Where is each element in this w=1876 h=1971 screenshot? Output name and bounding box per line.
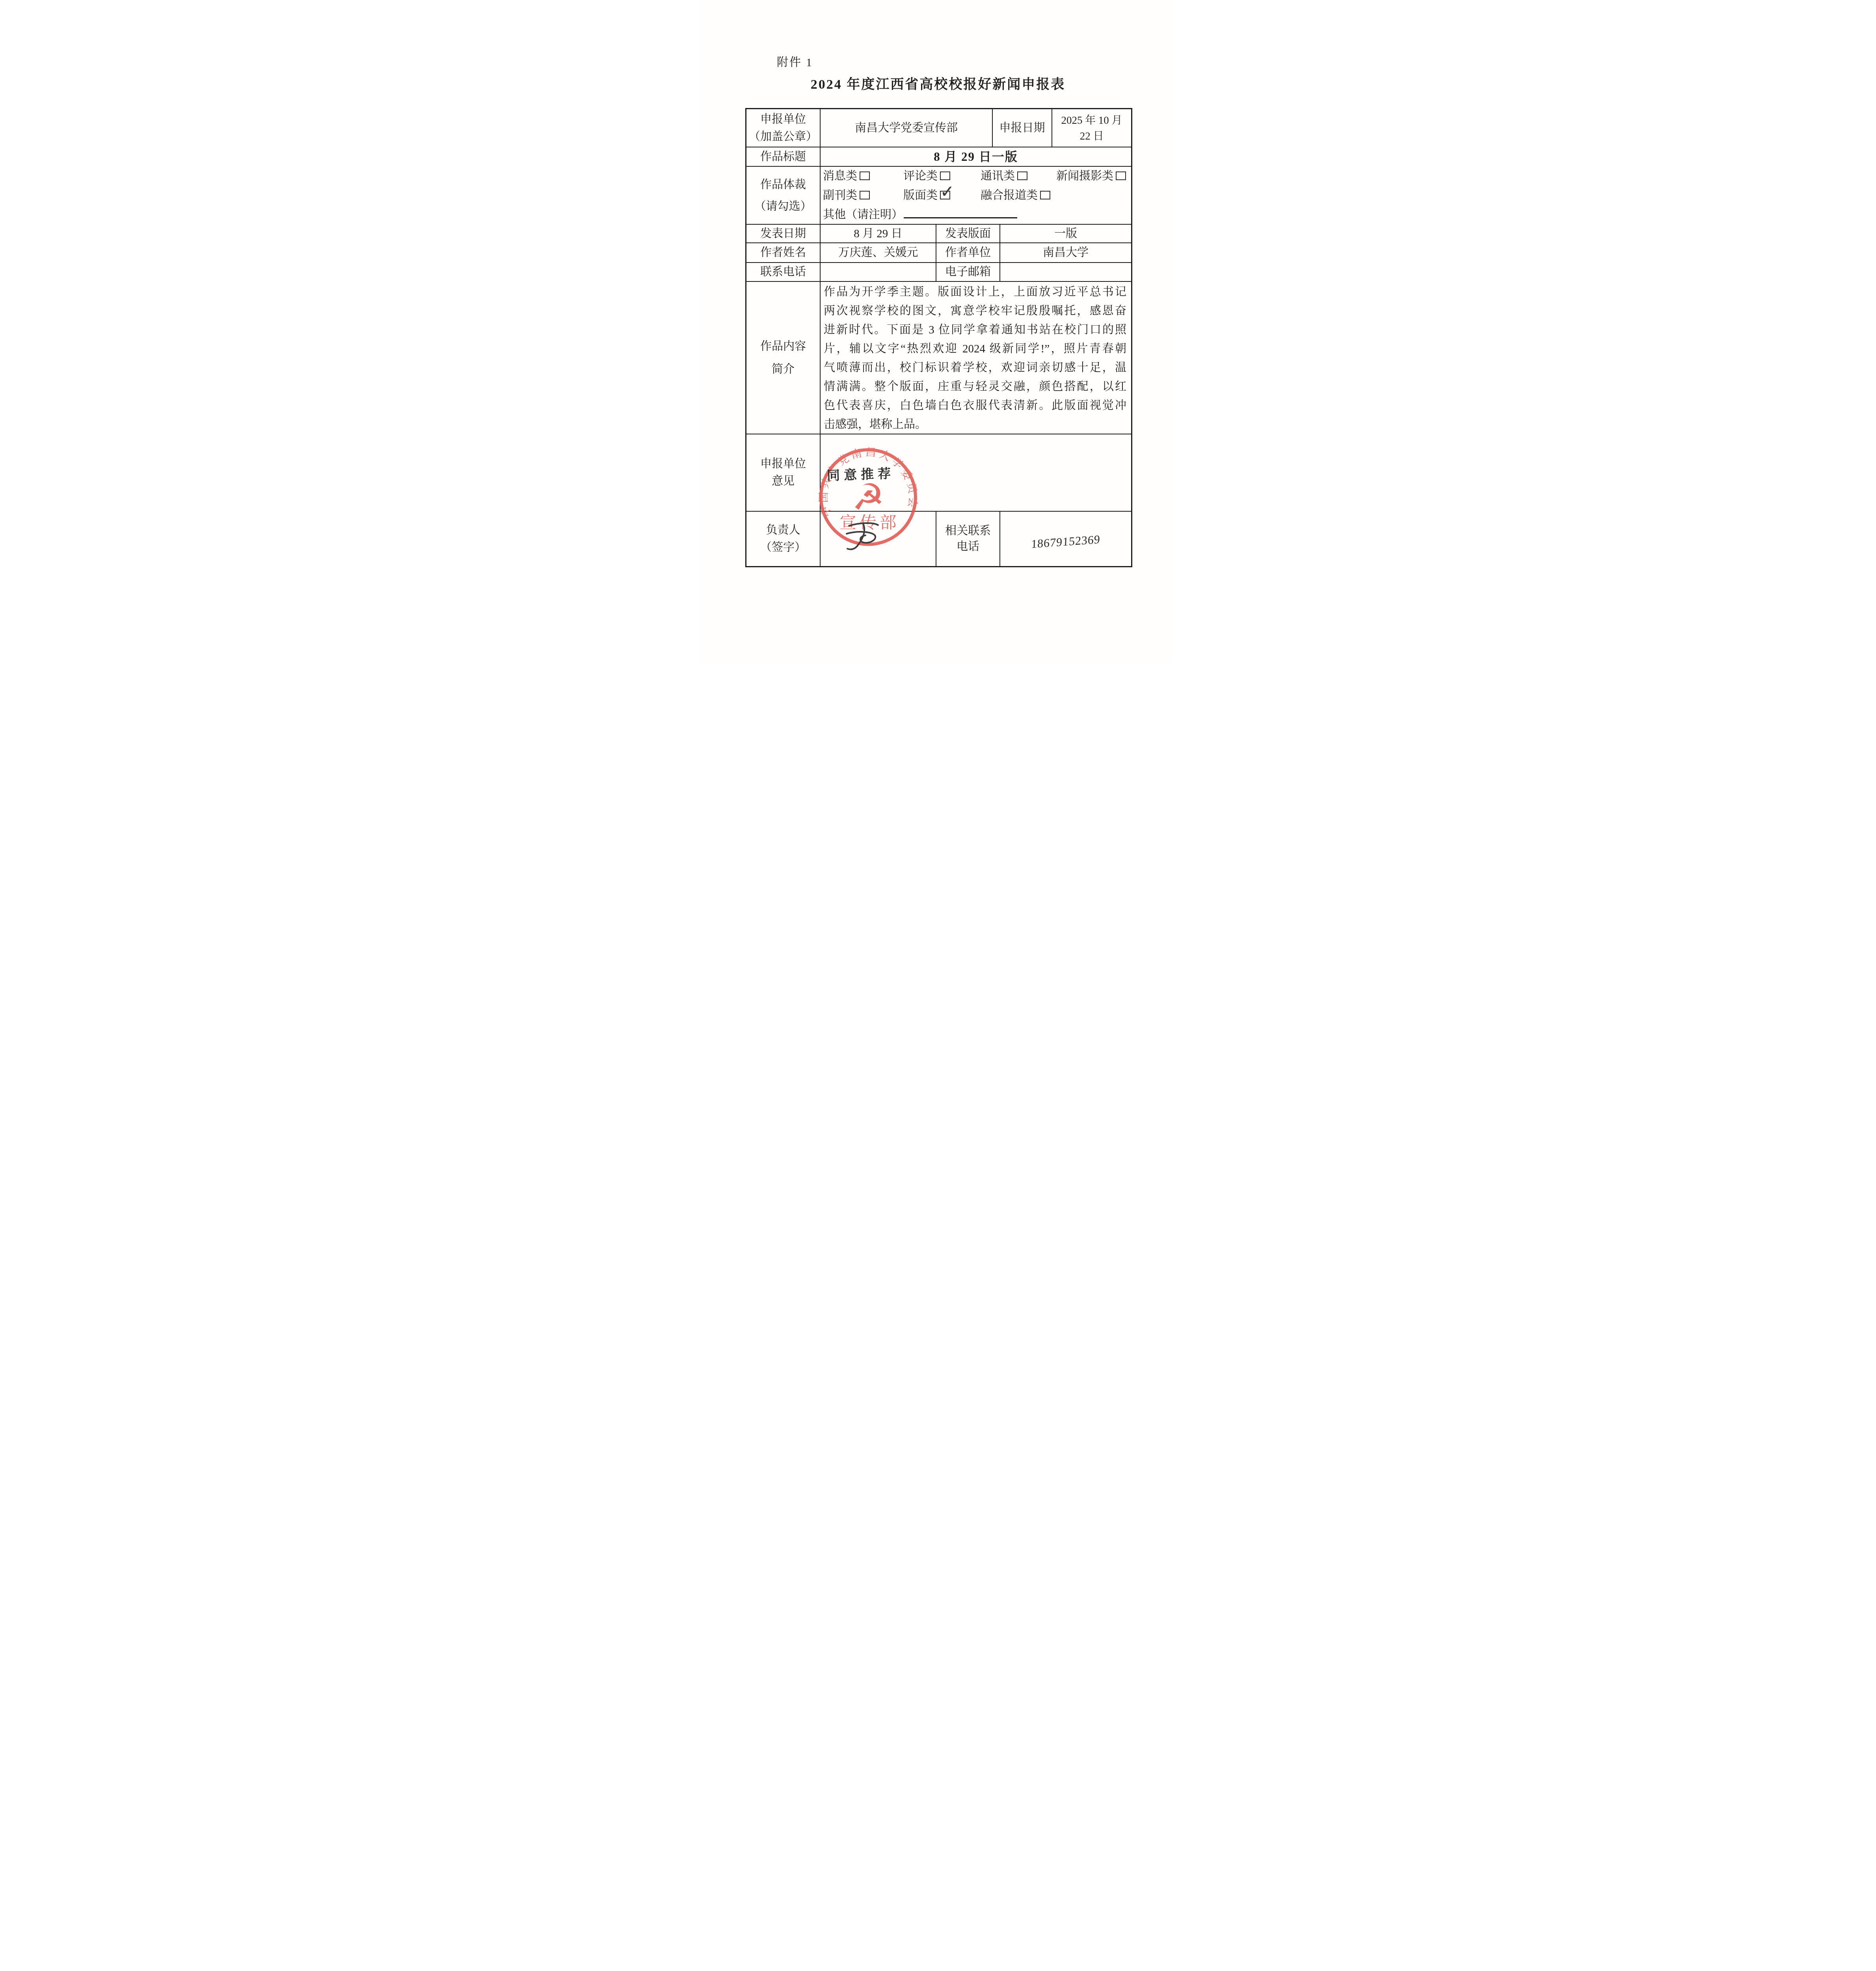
genre-label: 作品体裁 （请勾选）	[746, 167, 821, 225]
genre-option: 版面类	[903, 186, 950, 205]
genre-option-label: 评论类	[903, 170, 938, 183]
contact-phone-value	[821, 263, 936, 281]
author-name-value: 万庆莲、关媛元	[821, 243, 936, 262]
checkbox-icon	[1116, 171, 1126, 180]
table-row-unit-opinion: 申报单位 意见 同意推荐 中国共产党南昌大学委员会 ☭ 宣传部	[746, 434, 1131, 512]
genre-options-line3: 其他（请注明）	[822, 205, 1131, 225]
genre-option: 消息类	[823, 167, 870, 186]
unit-opinion-label: 申报单位 意见	[746, 434, 821, 511]
attachment-label: 附件 1	[777, 54, 813, 70]
table-row-genre: 作品体裁 （请勾选） 消息类 评论类 通讯类 新闻摄影类 副刊类 版面类 融合报…	[746, 167, 1131, 225]
summary-text: 作品为开学季主题。版面设计上，上面放习近平总书记 两次视察学校的图文，寓意学校牢…	[821, 282, 1131, 434]
checkbox-icon	[860, 171, 870, 180]
summary-line: 击感强，堪称上品。	[824, 415, 1126, 434]
email-label: 电子邮箱	[936, 263, 1000, 281]
summary-line: 片，辅以文字“热烈欢迎 2024 级新同学!”，照片青春朝	[824, 339, 1126, 358]
publish-date-label: 发表日期	[746, 225, 821, 242]
genre-option-label: 新闻摄影类	[1056, 170, 1113, 183]
summary-line: 色代表喜庆，白色墙白色衣服代表清新。此版面视觉冲	[824, 396, 1126, 415]
publish-date-value: 8 月 29 日	[821, 225, 936, 242]
genre-option: 通讯类	[981, 167, 1027, 186]
handwritten-signature	[838, 521, 888, 552]
contact-phone-label: 联系电话	[746, 263, 821, 281]
author-unit-label: 作者单位	[936, 243, 1000, 262]
checkbox-icon	[1017, 171, 1027, 180]
related-phone-label: 相关联系 电话	[936, 512, 1000, 566]
handwritten-phone-number: 18679152369	[1031, 533, 1101, 551]
checkbox-icon	[1040, 191, 1050, 199]
related-phone-value: 18679152369	[1000, 512, 1131, 566]
declare-unit-label: 申报单位 （加盖公章）	[746, 109, 821, 147]
unit-opinion-value: 同意推荐 中国共产党南昌大学委员会 ☭ 宣传部	[821, 434, 1131, 511]
genre-option-label: 版面类	[903, 189, 938, 202]
checkbox-icon	[860, 191, 870, 199]
declare-date-label: 申报日期	[993, 109, 1052, 147]
publish-page-value: 一版	[1000, 225, 1131, 242]
genre-option-label: 副刊类	[823, 189, 857, 202]
table-row-author: 作者姓名 万庆莲、关媛元 作者单位 南昌大学	[746, 243, 1131, 263]
publish-page-label: 发表版面	[936, 225, 1000, 242]
table-row-publish-date: 发表日期 8 月 29 日 发表版面 一版	[746, 225, 1131, 243]
work-title-value: 8 月 29 日一版	[821, 147, 1131, 166]
genre-other-label: 其他（请注明）	[823, 209, 903, 221]
email-value	[1000, 263, 1131, 281]
author-name-label: 作者姓名	[746, 243, 821, 262]
genre-options: 消息类 评论类 通讯类 新闻摄影类 副刊类 版面类 融合报道类 其他（请注明）	[821, 167, 1131, 225]
genre-other-option: 其他（请注明）	[823, 205, 1017, 225]
genre-option: 新闻摄影类	[1056, 167, 1126, 186]
genre-option-label: 融合报道类	[981, 189, 1038, 202]
genre-option-label: 消息类	[823, 170, 857, 183]
checkbox-checked-icon	[940, 191, 950, 199]
declare-date-value: 2025 年 10 月 22 日	[1052, 109, 1131, 147]
table-row-contact: 联系电话 电子邮箱	[746, 263, 1131, 282]
table-row-work-title: 作品标题 8 月 29 日一版	[746, 147, 1131, 167]
summary-line: 气喷薄而出，校门标识着学校，欢迎词亲切感十足，温	[824, 358, 1126, 377]
genre-options-line1: 消息类 评论类 通讯类 新闻摄影类	[822, 167, 1131, 186]
application-form-table: 申报单位 （加盖公章） 南昌大学党委宣传部 申报日期 2025 年 10 月 2…	[745, 108, 1132, 567]
checkbox-icon	[940, 171, 950, 180]
summary-line: 情满满。整个版面，庄重与轻灵交融，颜色搭配，以红	[824, 377, 1126, 396]
blank-underline	[904, 205, 1017, 218]
summary-line: 作品为开学季主题。版面设计上，上面放习近平总书记	[824, 283, 1126, 302]
author-unit-value: 南昌大学	[1000, 243, 1131, 262]
summary-line: 两次视察学校的图文，寓意学校牢记殷殷嘱托，感恩奋	[824, 302, 1126, 320]
table-row-responsible: 负责人 （签字） 相关联系 电话 18679152369	[746, 512, 1131, 566]
table-row-declare-unit: 申报单位 （加盖公章） 南昌大学党委宣传部 申报日期 2025 年 10 月 2…	[746, 109, 1131, 147]
responsible-label: 负责人 （签字）	[746, 512, 821, 566]
declare-unit-value: 南昌大学党委宣传部	[821, 109, 993, 147]
handwritten-approval-text: 同意推荐	[826, 463, 895, 484]
genre-option: 融合报道类	[981, 186, 1050, 205]
summary-label: 作品内容 简介	[746, 282, 821, 434]
scanned-application-form-page: 附件 1 2024 年度江西省高校校报好新闻申报表 申报单位 （加盖公章） 南昌…	[703, 0, 1172, 663]
genre-option: 副刊类	[823, 186, 870, 205]
genre-option-label: 通讯类	[981, 170, 1015, 183]
work-title-label: 作品标题	[746, 147, 821, 166]
table-row-summary: 作品内容 简介 作品为开学季主题。版面设计上，上面放习近平总书记 两次视察学校的…	[746, 282, 1131, 434]
genre-options-line2: 副刊类 版面类 融合报道类	[822, 186, 1131, 205]
page-title: 2024 年度江西省高校校报好新闻申报表	[703, 73, 1172, 93]
summary-line: 进新时代。下面是 3 位同学拿着通知书站在校门口的照	[824, 320, 1126, 339]
